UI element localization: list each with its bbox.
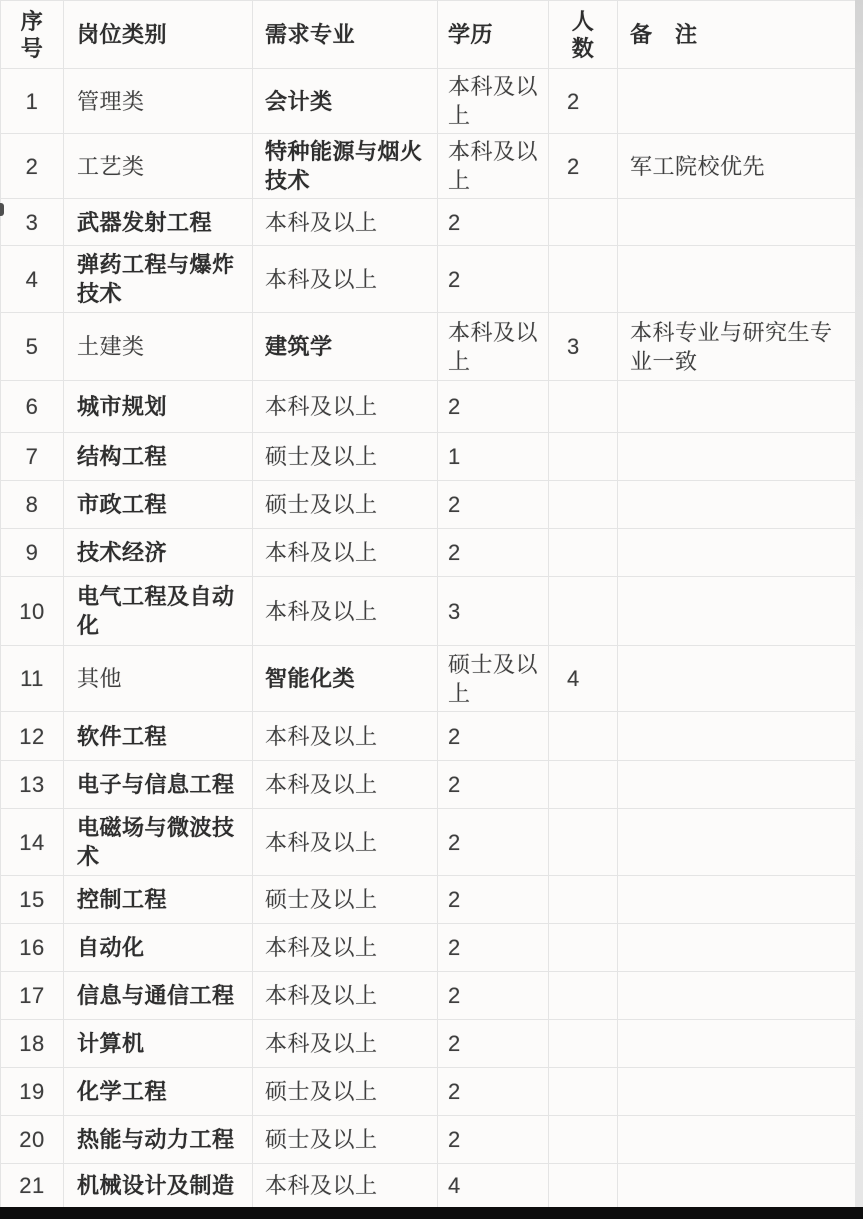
cell-category: 结构工程 <box>64 433 253 481</box>
cell-remark <box>618 876 856 924</box>
table-row: 12软件工程本科及以上2 <box>1 712 856 761</box>
cell-category: 电磁场与微波技术 <box>64 809 253 876</box>
cell-count <box>549 199 618 246</box>
cell-count <box>549 876 618 924</box>
cell-no: 15 <box>1 876 64 924</box>
cell-no: 11 <box>1 646 64 712</box>
cell-education: 本科及以上 <box>438 313 549 381</box>
table-row: 6城市规划本科及以上2 <box>1 381 856 433</box>
cell-education: 2 <box>438 529 549 577</box>
cell-education: 2 <box>438 761 549 809</box>
cell-category: 化学工程 <box>64 1068 253 1116</box>
cell-no: 8 <box>1 481 64 529</box>
table-row: 18计算机本科及以上2 <box>1 1020 856 1068</box>
cell-remark <box>618 246 856 313</box>
cell-education: 2 <box>438 381 549 433</box>
cell-no: 9 <box>1 529 64 577</box>
cell-remark <box>618 199 856 246</box>
cell-education: 2 <box>438 924 549 972</box>
cell-count <box>549 577 618 646</box>
cell-major: 本科及以上 <box>253 577 438 646</box>
cell-remark <box>618 1020 856 1068</box>
cell-category: 武器发射工程 <box>64 199 253 246</box>
cell-category: 技术经济 <box>64 529 253 577</box>
cell-major: 特种能源与烟火技术 <box>253 134 438 199</box>
cell-count <box>549 381 618 433</box>
table-row: 19化学工程硕士及以上2 <box>1 1068 856 1116</box>
cell-major: 本科及以上 <box>253 972 438 1020</box>
cell-category: 热能与动力工程 <box>64 1116 253 1164</box>
cell-major: 本科及以上 <box>253 761 438 809</box>
table-header: 序 号岗位类别需求专业学历人 数备 注 <box>1 1 856 69</box>
header-cell-education: 学历 <box>438 1 549 69</box>
bottom-black-bar <box>0 1207 863 1219</box>
cell-no: 16 <box>1 924 64 972</box>
table-row: 17信息与通信工程本科及以上2 <box>1 972 856 1020</box>
cell-education: 2 <box>438 876 549 924</box>
cell-major: 硕士及以上 <box>253 1116 438 1164</box>
cell-remark <box>618 481 856 529</box>
cell-major: 本科及以上 <box>253 529 438 577</box>
cell-no: 14 <box>1 809 64 876</box>
cell-no: 17 <box>1 972 64 1020</box>
cell-major: 会计类 <box>253 69 438 134</box>
document-page: 序 号岗位类别需求专业学历人 数备 注 1管理类会计类本科及以上22工艺类特种能… <box>0 0 863 1219</box>
cell-education: 2 <box>438 481 549 529</box>
cell-no: 1 <box>1 69 64 134</box>
cell-count <box>549 529 618 577</box>
cell-major: 智能化类 <box>253 646 438 712</box>
header-cell-major: 需求专业 <box>253 1 438 69</box>
cell-remark <box>618 712 856 761</box>
cell-major: 本科及以上 <box>253 924 438 972</box>
cell-major: 硕士及以上 <box>253 433 438 481</box>
cell-remark: 本科专业与研究生专业一致 <box>618 313 856 381</box>
cell-no: 5 <box>1 313 64 381</box>
table-row: 9技术经济本科及以上2 <box>1 529 856 577</box>
table-row: 1管理类会计类本科及以上2 <box>1 69 856 134</box>
cell-education: 2 <box>438 1020 549 1068</box>
cell-count <box>549 972 618 1020</box>
cell-no: 18 <box>1 1020 64 1068</box>
cell-major: 本科及以上 <box>253 1164 438 1208</box>
cell-category: 工艺类 <box>64 134 253 199</box>
cell-remark <box>618 433 856 481</box>
cell-count <box>549 1164 618 1208</box>
cell-major: 本科及以上 <box>253 246 438 313</box>
cell-remark <box>618 646 856 712</box>
cell-major: 本科及以上 <box>253 809 438 876</box>
table-row: 3武器发射工程本科及以上2 <box>1 199 856 246</box>
cell-no: 19 <box>1 1068 64 1116</box>
cell-remark <box>618 809 856 876</box>
cell-count <box>549 246 618 313</box>
table-row: 4弹药工程与爆炸技术本科及以上2 <box>1 246 856 313</box>
table-row: 21机械设计及制造本科及以上4 <box>1 1164 856 1208</box>
cell-education: 3 <box>438 577 549 646</box>
cell-count <box>549 761 618 809</box>
table-row: 10电气工程及自动化本科及以上3 <box>1 577 856 646</box>
cell-remark <box>618 529 856 577</box>
cell-remark <box>618 69 856 134</box>
cell-count <box>549 809 618 876</box>
cell-remark <box>618 381 856 433</box>
cell-no: 10 <box>1 577 64 646</box>
table-row: 15控制工程硕士及以上2 <box>1 876 856 924</box>
cell-major: 本科及以上 <box>253 381 438 433</box>
cell-education: 2 <box>438 1068 549 1116</box>
cell-count <box>549 1068 618 1116</box>
table-row: 8市政工程硕士及以上2 <box>1 481 856 529</box>
cell-education: 2 <box>438 809 549 876</box>
cell-education: 硕士及以上 <box>438 646 549 712</box>
header-cell-no: 序 号 <box>1 1 64 69</box>
cell-major: 本科及以上 <box>253 199 438 246</box>
cell-education: 2 <box>438 199 549 246</box>
cell-category: 其他 <box>64 646 253 712</box>
table-row: 11其他智能化类硕士及以上4 <box>1 646 856 712</box>
cell-no: 20 <box>1 1116 64 1164</box>
cell-education: 1 <box>438 433 549 481</box>
cell-no: 12 <box>1 712 64 761</box>
cell-no: 4 <box>1 246 64 313</box>
cell-category: 电气工程及自动化 <box>64 577 253 646</box>
cell-no: 2 <box>1 134 64 199</box>
cell-education: 2 <box>438 712 549 761</box>
cell-no: 13 <box>1 761 64 809</box>
cell-category: 市政工程 <box>64 481 253 529</box>
cell-education: 2 <box>438 1116 549 1164</box>
cell-education: 4 <box>438 1164 549 1208</box>
cell-major: 建筑学 <box>253 313 438 381</box>
cell-count: 2 <box>549 69 618 134</box>
cell-remark <box>618 1164 856 1208</box>
cell-count <box>549 1020 618 1068</box>
cell-category: 弹药工程与爆炸技术 <box>64 246 253 313</box>
table-row: 16自动化本科及以上2 <box>1 924 856 972</box>
cell-education: 2 <box>438 246 549 313</box>
header-cell-category: 岗位类别 <box>64 1 253 69</box>
cell-remark <box>618 972 856 1020</box>
cell-count: 3 <box>549 313 618 381</box>
cell-remark <box>618 1068 856 1116</box>
cell-count <box>549 433 618 481</box>
cell-major: 本科及以上 <box>253 1020 438 1068</box>
cell-count <box>549 712 618 761</box>
table-row: 14电磁场与微波技术本科及以上2 <box>1 809 856 876</box>
cell-no: 21 <box>1 1164 64 1208</box>
cell-category: 控制工程 <box>64 876 253 924</box>
cell-education: 2 <box>438 972 549 1020</box>
recruitment-table: 序 号岗位类别需求专业学历人 数备 注 1管理类会计类本科及以上22工艺类特种能… <box>0 0 856 1208</box>
cell-remark <box>618 924 856 972</box>
scan-artifact <box>0 203 4 216</box>
table-body: 1管理类会计类本科及以上22工艺类特种能源与烟火技术本科及以上2军工院校优先3武… <box>1 69 856 1208</box>
table-row: 2工艺类特种能源与烟火技术本科及以上2军工院校优先 <box>1 134 856 199</box>
cell-category: 土建类 <box>64 313 253 381</box>
cell-category: 城市规划 <box>64 381 253 433</box>
cell-no: 6 <box>1 381 64 433</box>
cell-category: 计算机 <box>64 1020 253 1068</box>
cell-major: 硕士及以上 <box>253 1068 438 1116</box>
cell-remark: 军工院校优先 <box>618 134 856 199</box>
cell-remark <box>618 1116 856 1164</box>
header-cell-count: 人 数 <box>549 1 618 69</box>
table-row: 13电子与信息工程本科及以上2 <box>1 761 856 809</box>
cell-education: 本科及以上 <box>438 69 549 134</box>
table-row: 7结构工程硕士及以上1 <box>1 433 856 481</box>
table-row: 20热能与动力工程硕士及以上2 <box>1 1116 856 1164</box>
cell-category: 自动化 <box>64 924 253 972</box>
cell-count <box>549 1116 618 1164</box>
cell-major: 硕士及以上 <box>253 876 438 924</box>
cell-major: 硕士及以上 <box>253 481 438 529</box>
cell-remark <box>618 577 856 646</box>
cell-count: 4 <box>549 646 618 712</box>
cell-category: 电子与信息工程 <box>64 761 253 809</box>
cell-remark <box>618 761 856 809</box>
table-row: 5土建类建筑学本科及以上3本科专业与研究生专业一致 <box>1 313 856 381</box>
cell-no: 3 <box>1 199 64 246</box>
cell-category: 机械设计及制造 <box>64 1164 253 1208</box>
cell-count: 2 <box>549 134 618 199</box>
cell-count <box>549 481 618 529</box>
cell-category: 管理类 <box>64 69 253 134</box>
cell-category: 信息与通信工程 <box>64 972 253 1020</box>
cell-major: 本科及以上 <box>253 712 438 761</box>
cell-no: 7 <box>1 433 64 481</box>
header-cell-remark: 备 注 <box>618 1 856 69</box>
cell-count <box>549 924 618 972</box>
cell-education: 本科及以上 <box>438 134 549 199</box>
page-edge-shadow <box>855 0 863 1207</box>
header-row: 序 号岗位类别需求专业学历人 数备 注 <box>1 1 856 69</box>
cell-category: 软件工程 <box>64 712 253 761</box>
